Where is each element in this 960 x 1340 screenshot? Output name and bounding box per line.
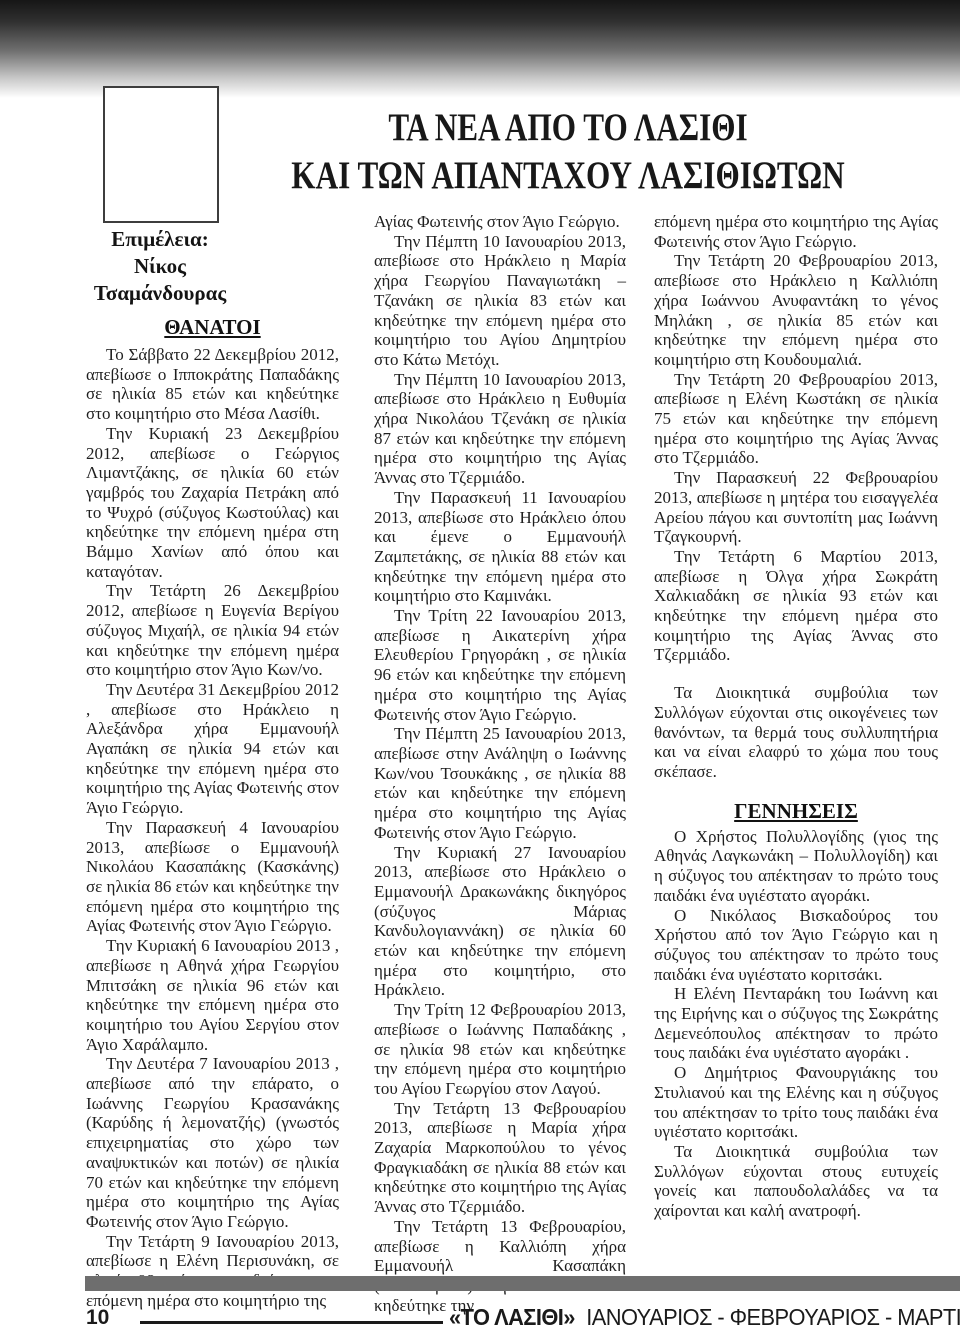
obituary-paragraph: Την Κυριακή 23 Δεκεμβρίου 2012, απεβίωσε… [86,424,339,582]
obituary-paragraph: Την Παρασκευή 11 Ιανουαρίου 2013, απεβίω… [374,488,626,606]
editor-credit: Επιμέλεια: Νίκος Τσαμάνδουρας [60,226,260,307]
issue-date: ΙΑΝΟΥΑΡΙΟΣ - ΦΕΒΡΟΥΑΡΙΟΣ - ΜΑΡΤΙΟΣ 2013 [586,1304,960,1330]
footer-bar [85,1276,960,1291]
birth-paragraph: Η Ελένη Πενταράκη του Ιωάννη και της Ειρ… [654,984,938,1063]
column-1: ΘΑΝΑΤΟΙ Το Σάββατο 22 Δεκεμβρίου 2012, α… [86,314,339,1310]
obituary-paragraph: Την Κυριακή 27 Ιανουαρίου 2013, απεβίωσε… [374,843,626,1001]
obituary-paragraph: Το Σάββατο 22 Δεκεμβρίου 2012, απεβίωσε … [86,345,339,424]
birth-paragraph: Ο Νικόλαος Βισκαδούρος του Χρήστου από τ… [654,906,938,985]
condolence-paragraph: Τα Διοικητικά συμβούλια των Συλλόγων εύχ… [654,683,938,782]
birth-paragraph: Ο Χρήστος Πολυλλογίδης (γιος της Αθηνάς … [654,827,938,906]
obituary-paragraph: Την Κυριακή 6 Ιανουαρίου 2013 , απεβίωσε… [86,936,339,1054]
birth-paragraph: Ο Δημήτριος Φανουργιάκης του Στυλιανού κ… [654,1063,938,1142]
obituary-paragraph: Την Πέμπτη 25 Ιανουαρίου 2013, απεβίωσε … [374,724,626,842]
page-title-line1: ΤΑ ΝΕΑ ΑΠΟ ΤΟ ΛΑΣΙΘΙ [288,104,848,152]
obituary-paragraph: Την Τετάρτη 13 Φεβρουαρίου, απεβίωσε η Κ… [374,1217,626,1316]
obituary-paragraph: Την Παρασκευή 22 Φεβρουαρίου 2013, απεβί… [654,468,938,547]
publication-name: «ΤΟ ΛΑΣΙΘΙ» [449,1304,575,1330]
column-3: επόμενη ημέρα στο κοιμητήριο της Αγίας Φ… [654,212,938,1221]
obituary-paragraph-continuation: Αγίας Φωτεινής στον Άγιο Γεώργιο. [374,212,626,232]
page-number: 10 [86,1306,109,1330]
obituary-paragraph: Την Τετάρτη 20 Φεβρουαρίου 2013, απεβίωσ… [654,251,938,369]
page-title: ΤΑ ΝΕΑ ΑΠΟ ΤΟ ΛΑΣΙΘΙ ΚΑΙ ΤΩΝ ΑΠΑΝΤΑΧΟΥ Λ… [288,104,848,200]
column-2: Αγίας Φωτεινής στον Άγιο Γεώργιο. Την Πέ… [374,212,626,1315]
editor-label: Επιμέλεια: [60,226,260,253]
header-gradient [0,0,960,98]
obituary-paragraph: Την Τετάρτη 6 Μαρτίου 2013, απεβίωσε η Ό… [654,547,938,665]
page-title-line2: ΚΑΙ ΤΩΝ ΑΠΑΝΤΑΧΟΥ ΛΑΣΙΘΙΩΤΩΝ [288,152,848,200]
obituary-paragraph: Την Παρασκευή 4 Ιανουαρίου 2013, απεβίωσ… [86,818,339,936]
wish-paragraph: Τα Διοικητικά συμβούλια των Συλλόγων εύχ… [654,1142,938,1221]
obituary-paragraph: Την Τρίτη 12 Φεβρουαρίου 2013, απεβίωσε … [374,1000,626,1099]
obituary-paragraph: Την Τετάρτη 26 Δεκεμβρίου 2012, απεβίωσε… [86,581,339,680]
births-heading: ΓΕΝΝΗΣΕΙΣ [654,798,938,824]
obituary-paragraph: Την Τετάρτη 13 Φεβρουαρίου 2013, απεβίωσ… [374,1099,626,1217]
deaths-heading: ΘΑΝΑΤΟΙ [86,314,339,340]
footer-text: «ΤΟ ΛΑΣΙΘΙ»ΙΑΝΟΥΑΡΙΟΣ - ΦΕΒΡΟΥΑΡΙΟΣ - ΜΑ… [449,1304,960,1331]
obituary-paragraph: Την Πέμπτη 10 Ιανουαρίου 2013, απεβίωσε … [374,370,626,488]
editor-last-name: Τσαμάνδουρας [60,280,260,307]
obituary-paragraph: Την Τετάρτη 9 Ιανουαρίου 2013, απεβίωσε … [86,1232,339,1311]
obituary-paragraph: Την Τρίτη 22 Ιανουαρίου 2013, απεβίωσε η… [374,606,626,724]
obituary-paragraph: Την Δευτέρα 31 Δεκεμβρίου 2012 , απεβίωσ… [86,680,339,818]
obituary-paragraph: Την Δευτέρα 7 Ιανουαρίου 2013 , απεβίωσε… [86,1054,339,1231]
obituary-paragraph: Την Πέμπτη 10 Ιανουαρίου 2013, απεβίωσε … [374,232,626,370]
obituary-paragraph: Την Τετάρτη 20 Φεβρουαρίου 2013, απεβίωσ… [654,370,938,469]
editor-first-name: Νίκος [60,253,260,280]
photo-placeholder [103,86,219,223]
newspaper-page: ΤΑ ΝΕΑ ΑΠΟ ΤΟ ΛΑΣΙΘΙ ΚΑΙ ΤΩΝ ΑΠΑΝΤΑΧΟΥ Λ… [0,0,960,1340]
obituary-paragraph-continuation: επόμενη ημέρα στο κοιμητήριο της Αγίας Φ… [654,212,938,251]
footer-rule [140,1321,443,1324]
